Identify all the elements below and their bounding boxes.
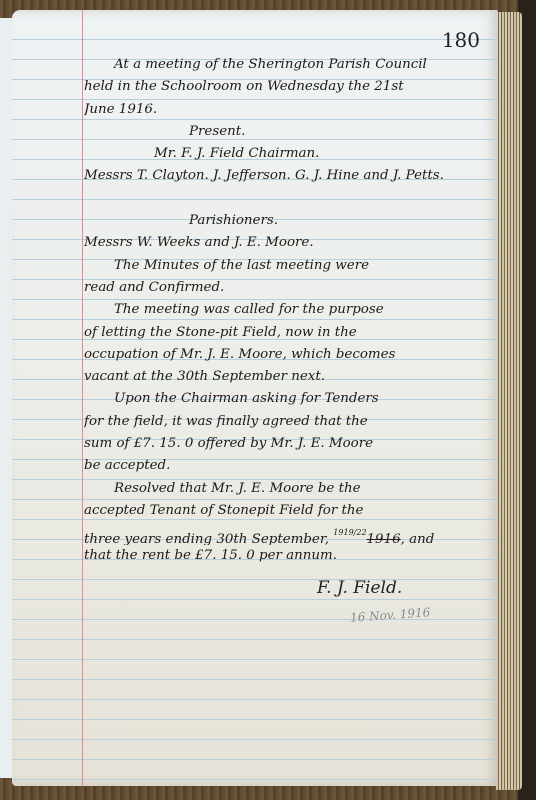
minutes-line: At a meeting of the Sherington Parish Co… — [84, 54, 489, 76]
minutes-line: be accepted. — [84, 455, 489, 477]
minutes-line: read and Confirmed. — [84, 277, 489, 299]
resolution-line: Resolved that Mr. J. E. Moore be the — [84, 478, 489, 500]
minutes-line: for the field, it was finally agreed tha… — [84, 411, 489, 433]
minutes-line: sum of £7. 15. 0 offered by Mr. J. E. Mo… — [84, 433, 489, 455]
chairman-line: Mr. F. J. Field Chairman. — [84, 143, 489, 165]
present-heading: Present. — [84, 121, 489, 143]
page-stack-edges — [496, 12, 522, 790]
struck-year: 1916 — [367, 532, 401, 544]
year-correction: 1919/22 — [333, 528, 366, 537]
ledger-page: 180 At a meeting of the Sherington Paris… — [12, 10, 498, 786]
minutes-line: occupation of Mr. J. E. Moore, which bec… — [84, 344, 489, 366]
minutes-line: vacant at the 30th September next. — [84, 366, 489, 388]
minutes-line: Upon the Chairman asking for Tenders — [84, 388, 489, 410]
page-number: 180 — [442, 28, 480, 52]
rent-line: that the rent be £7. 15. 0 per annum. — [84, 545, 489, 567]
minutes-line: The meeting was called for the purpose — [84, 299, 489, 321]
minutes-line: The Minutes of the last meeting were — [84, 255, 489, 277]
minutes-line: of letting the Stone-pit Field, now in t… — [84, 322, 489, 344]
resolution-line: accepted Tenant of Stonepit Field for th… — [84, 500, 489, 522]
parishioners-heading: Parishioners. — [84, 210, 489, 232]
years-text: three years ending 30th September, — [84, 532, 333, 544]
years-text-end: , and — [401, 532, 435, 544]
minutes-line: June 1916. — [84, 99, 489, 121]
minutes-text: At a meeting of the Sherington Parish Co… — [84, 54, 489, 567]
blank-line — [84, 188, 489, 210]
margin-line — [82, 10, 83, 786]
minutes-line: held in the Schoolroom on Wednesday the … — [84, 76, 489, 98]
members-present-line: Messrs T. Clayton. J. Jefferson. G. J. H… — [84, 165, 489, 187]
parishioners-line: Messrs W. Weeks and J. E. Moore. — [84, 232, 489, 254]
chairman-signature: F. J. Field. — [317, 578, 402, 598]
resolution-line-years: three years ending 30th September, 1919/… — [84, 522, 489, 544]
